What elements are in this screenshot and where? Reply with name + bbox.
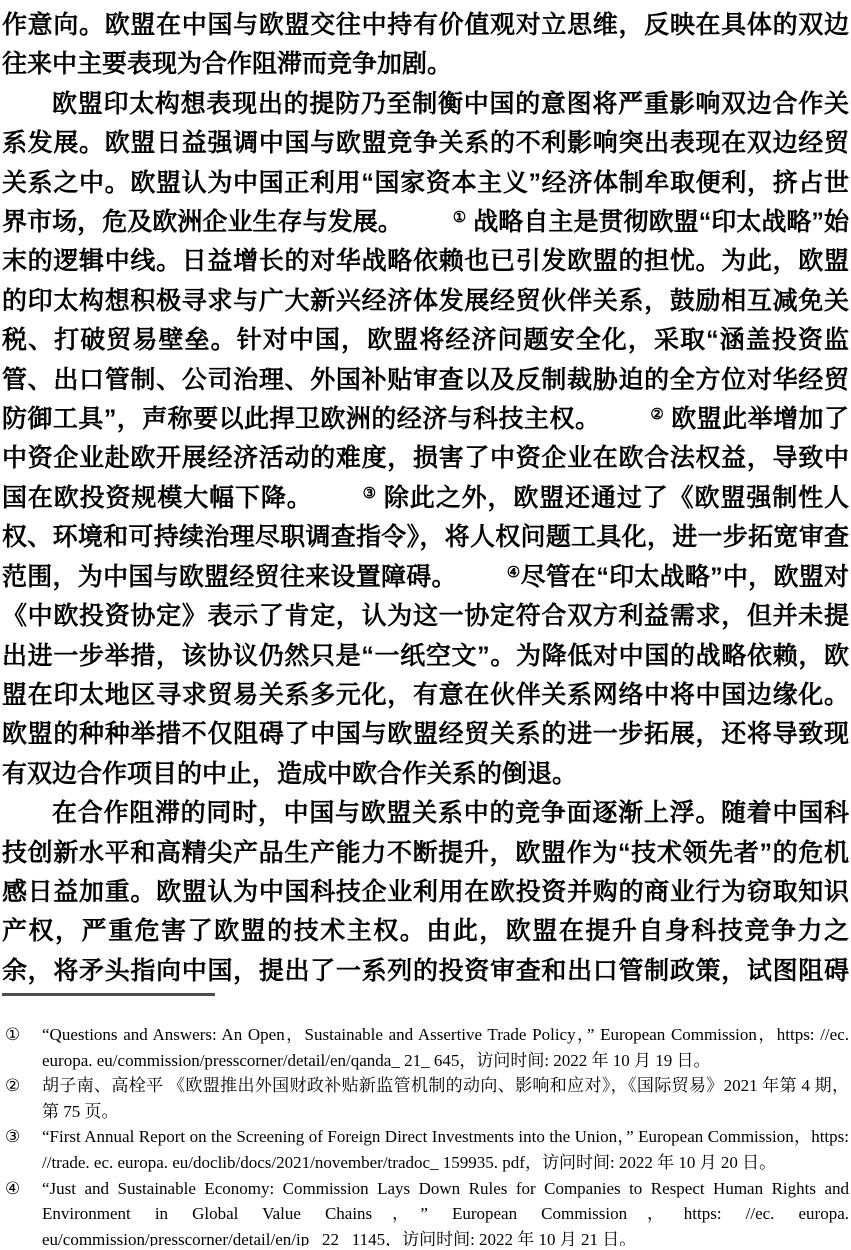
paragraph-text: 作意向。欧盟在中国与欧盟交往中持有价值观对立思维，反映在具体的双边往来中主要表现… — [2, 11, 849, 78]
footnote-text: “Just and Sustainable Economy: Commissio… — [42, 1179, 849, 1246]
paragraph: 在合作阻滞的同时，中国与欧盟关系中的竞争面逐渐上浮。随着中国科技创新水平和高精尖… — [2, 794, 849, 992]
footnote-item: ②胡子南、高栓平 《欧盟推出外国财政补贴新监管机制的动向、影响和应对》，《国际贸… — [2, 1073, 849, 1124]
document-page: { "page": { "background": "#ffffff", "te… — [0, 0, 851, 1250]
body-text: 作意向。欧盟在中国与欧盟交往中持有价值观对立思维，反映在具体的双边往来中主要表现… — [2, 6, 849, 992]
footnote-marker: ② — [5, 1073, 20, 1099]
footnote-text: 胡子南、高栓平 《欧盟推出外国财政补贴新监管机制的动向、影响和应对》，《国际贸易… — [42, 1076, 849, 1121]
paragraph-text: 在合作阻滞的同时，中国与欧盟关系中的竞争面逐渐上浮。随着中国科技创新水平和高精尖… — [2, 799, 849, 992]
footnotes: ①“Questions and Answers: An Open，Sustain… — [2, 1022, 849, 1246]
footnote-divider — [2, 993, 215, 996]
footnote-marker: ④ — [5, 1176, 20, 1202]
paragraph-text: 战略自主是贯彻欧盟“印太战略”始末的逻辑中线。日益增长的对华战略依赖也已引发欧盟… — [2, 208, 849, 433]
paragraph: 欧盟印太构想表现出的提防乃至制衡中国的意图将严重影响双边合作关系发展。欧盟日益强… — [2, 85, 849, 794]
footnote-item: ①“Questions and Answers: An Open，Sustain… — [2, 1022, 849, 1073]
footnote-text: “First Annual Report on the Screening of… — [42, 1127, 849, 1172]
paragraph-text: 尽管在“印太战略”中，欧盟对《中欧投资协定》表示了肯定，认为这一协定符合双方利益… — [2, 563, 849, 788]
paragraph: 作意向。欧盟在中国与欧盟交往中持有价值观对立思维，反映在具体的双边往来中主要表现… — [2, 6, 849, 85]
footnote-item: ③“First Annual Report on the Screening o… — [2, 1124, 849, 1175]
footnote-marker: ③ — [5, 1124, 20, 1150]
page-canvas: 作意向。欧盟在中国与欧盟交往中持有价值观对立思维，反映在具体的双边往来中主要表现… — [0, 0, 851, 1250]
footnote-item: ④“Just and Sustainable Economy: Commissi… — [2, 1176, 849, 1246]
footnote-text: “Questions and Answers: An Open，Sustaina… — [42, 1025, 849, 1070]
footnote-marker: ① — [5, 1022, 20, 1048]
